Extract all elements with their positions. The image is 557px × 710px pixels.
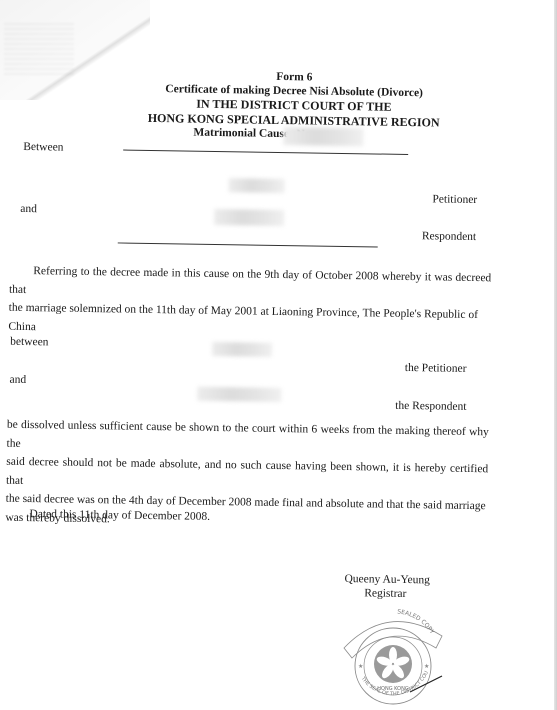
body-respondent-name-redacted bbox=[197, 387, 281, 402]
respondent-role: Respondent bbox=[422, 230, 476, 243]
between-label: Between bbox=[23, 141, 63, 154]
petitioner-name-redacted bbox=[229, 178, 285, 193]
paragraph-decree: Referring to the decree made in this cau… bbox=[8, 262, 491, 344]
body-petitioner-role: the Petitioner bbox=[405, 362, 467, 375]
court-seal-icon: SEALED COPY HONG KONG THE SEAL OF THE DI… bbox=[340, 606, 446, 706]
document-content: Form 6 Certificate of making Decree Nisi… bbox=[0, 0, 557, 710]
signatory-title: Registrar bbox=[364, 587, 406, 600]
case-number-redacted bbox=[283, 127, 363, 146]
paragraph-1-line-1: Referring to the decree made in this cau… bbox=[9, 265, 491, 295]
petitioner-role: Petitioner bbox=[432, 193, 477, 206]
signatory-name: Queeny Au-Yeung bbox=[344, 573, 430, 586]
and-label: and bbox=[20, 203, 37, 215]
header-rule-bottom bbox=[118, 242, 378, 247]
header-rule-top bbox=[123, 150, 408, 155]
respondent-name-redacted bbox=[214, 209, 284, 226]
body-respondent-role: the Respondent bbox=[395, 400, 466, 413]
body-petitioner-name-redacted bbox=[212, 342, 272, 357]
document-page: Form 6 Certificate of making Decree Nisi… bbox=[0, 0, 557, 710]
body-and-label: and bbox=[9, 374, 26, 386]
svg-text:★: ★ bbox=[358, 663, 363, 670]
svg-text:★: ★ bbox=[424, 663, 429, 670]
body-between-label: between bbox=[10, 336, 49, 349]
